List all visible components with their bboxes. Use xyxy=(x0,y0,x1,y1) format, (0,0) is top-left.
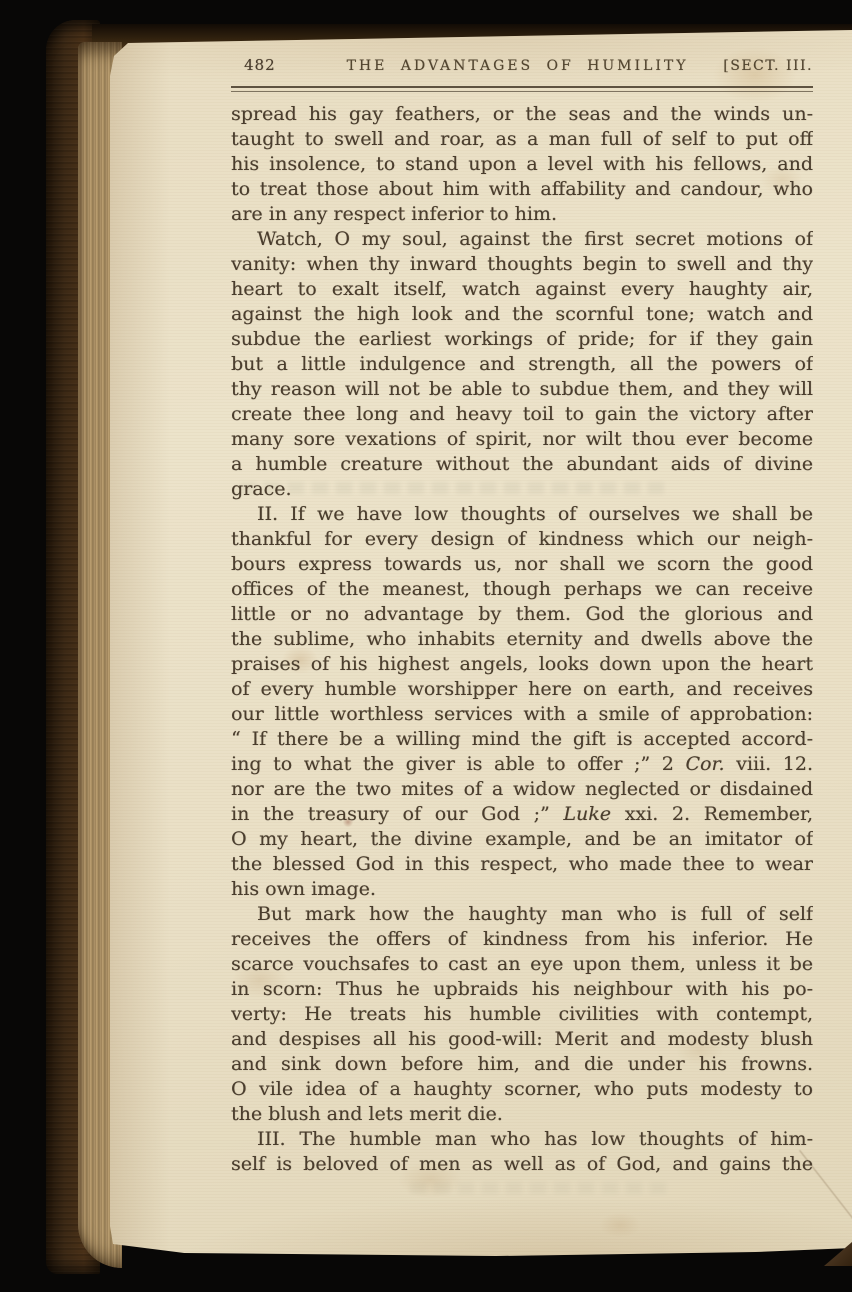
text-line: subdue the earliest workings of pride; f… xyxy=(231,327,813,352)
text-line: and despises all his good-will: Merit an… xyxy=(231,1027,813,1052)
text-block: spread his gay feathers, or the seas and… xyxy=(231,102,813,1177)
text-line: grace. xyxy=(231,477,813,502)
text-line: nor are the two mites of a widow neglect… xyxy=(231,777,813,802)
text-line: vanity: when thy inward thoughts begin t… xyxy=(231,252,813,277)
text-line: a humble creature without the abundant a… xyxy=(231,452,813,477)
printed-text-area: 482 THE ADVANTAGES OF HUMILITY [SECT. II… xyxy=(231,56,813,1177)
text-line: thankful for every design of kindness wh… xyxy=(231,527,813,552)
text-line: his insolence, to stand upon a level wit… xyxy=(231,152,813,177)
text-line: “ If there be a willing mind the gift is… xyxy=(231,727,813,752)
text-line: heart to exalt itself, watch against eve… xyxy=(231,277,813,302)
text-line: our little worthless services with a smi… xyxy=(231,702,813,727)
text-line: create thee long and heavy toil to gain … xyxy=(231,402,813,427)
page-number: 482 xyxy=(231,56,334,74)
text-line: scarce vouchsafes to cast an eye upon th… xyxy=(231,952,813,977)
running-header: 482 THE ADVANTAGES OF HUMILITY [SECT. II… xyxy=(231,56,813,80)
text-line: in scorn: Thus he upbraids his neighbour… xyxy=(231,977,813,1002)
text-line: offices of the meanest, though perhaps w… xyxy=(231,577,813,602)
text-line: in the treasury of our God ;” Luke xxi. … xyxy=(231,802,813,827)
text-line: receives the offers of kindness from his… xyxy=(231,927,813,952)
text-line: are in any respect inferior to him. xyxy=(231,202,813,227)
show-through-smudge xyxy=(410,1182,670,1194)
text-line: the blush and lets merit die. xyxy=(231,1102,813,1127)
text-line: ing to what the giver is able to offer ;… xyxy=(231,752,813,777)
text-line: spread his gay feathers, or the seas and… xyxy=(231,102,813,127)
text-line: bours express towards us, nor shall we s… xyxy=(231,552,813,577)
text-line: the sublime, who inhabits eternity and d… xyxy=(231,627,813,652)
text-line: O my heart, the divine example, and be a… xyxy=(231,827,813,852)
text-line: But mark how the haughty man who is full… xyxy=(231,902,813,927)
text-line: the blessed God in this respect, who mad… xyxy=(231,852,813,877)
book-page: 482 THE ADVANTAGES OF HUMILITY [SECT. II… xyxy=(110,30,852,1258)
text-line: thy reason will not be able to subdue th… xyxy=(231,377,813,402)
text-line: many sore vexations of spirit, nor wilt … xyxy=(231,427,813,452)
text-line: II. If we have low thoughts of ourselves… xyxy=(231,502,813,527)
text-line: to treat those about him with affability… xyxy=(231,177,813,202)
header-double-rule xyxy=(231,86,813,92)
text-line: but a little indulgence and strength, al… xyxy=(231,352,813,377)
text-line: little or no advantage by them. God the … xyxy=(231,602,813,627)
text-line: of every humble worshipper here on earth… xyxy=(231,677,813,702)
text-line: Watch, O my soul, against the first secr… xyxy=(231,227,813,252)
text-line: and sink down before him, and die under … xyxy=(231,1052,813,1077)
text-line: his own image. xyxy=(231,877,813,902)
text-line: taught to swell and roar, as a man full … xyxy=(231,127,813,152)
text-line: self is beloved of men as well as of God… xyxy=(231,1152,813,1177)
text-line: praises of his highest angels, looks dow… xyxy=(231,652,813,677)
text-line: III. The humble man who has low thoughts… xyxy=(231,1127,813,1152)
running-title: THE ADVANTAGES OF HUMILITY xyxy=(334,58,701,74)
text-line: verty: He treats his humble civilities w… xyxy=(231,1002,813,1027)
section-label: [SECT. III. xyxy=(701,58,813,74)
text-line: against the high look and the scornful t… xyxy=(231,302,813,327)
text-line: O vile idea of a haughty scorner, who pu… xyxy=(231,1077,813,1102)
